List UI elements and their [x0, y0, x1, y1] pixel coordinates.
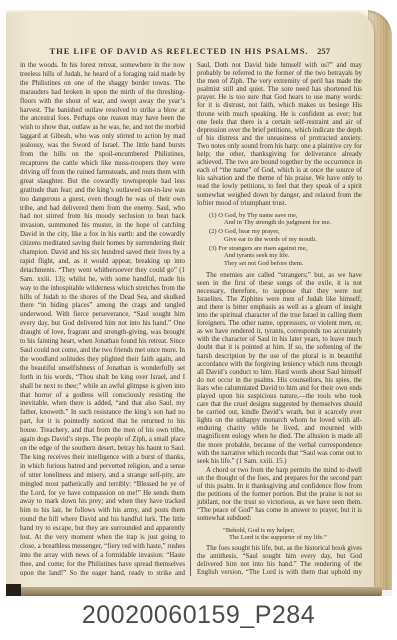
- psalm-verse: (1) O God, by Thy name save me, And in T…: [209, 212, 362, 227]
- verse-line: For strangers are risen against me,: [218, 245, 307, 252]
- verse-line: O God, hear my prayer,: [218, 228, 279, 235]
- right-column: Saul, Doth not David hide himself with u…: [191, 62, 362, 576]
- right-paragraph-foes: The foes sought his life, but, as the hi…: [197, 545, 362, 576]
- quote-line: “Behold, God is my helper;: [223, 527, 362, 535]
- archive-reference-label: 20020060159_P284: [0, 601, 397, 630]
- screenshot-root: { "colors": { "page_paper": "#ece4d0", "…: [0, 0, 397, 640]
- book-bottom-page-edges: [18, 587, 382, 596]
- right-paragraph-continued: Saul, Doth not David hide himself with u…: [197, 62, 362, 208]
- verse-number: (2): [209, 228, 217, 235]
- left-paragraph-continued: in the woods. In his forest retreat, som…: [20, 62, 185, 576]
- verse-line: Give ear to the words of my mouth.: [209, 236, 362, 244]
- text-columns: in the woods. In his forest retreat, som…: [20, 62, 362, 576]
- book-cover-corner: [6, 584, 21, 596]
- verse-number: (1): [209, 212, 217, 219]
- verse-line: And in Thy strength do judgment for me.: [209, 219, 362, 227]
- right-paragraph-chord: A chord or two from the harp permits the…: [197, 467, 362, 524]
- psalm-verse-block: (1) O God, by Thy name save me, And in T…: [209, 212, 362, 268]
- running-title: THE LIFE OF DAVID AS REFLECTED IN HIS PS…: [6, 46, 352, 56]
- verse-line: O God, by Thy name save me,: [218, 212, 297, 219]
- book-page-scan: THE LIFE OF DAVID AS REFLECTED IN HIS PS…: [6, 10, 392, 596]
- page-number: 257: [317, 46, 330, 56]
- right-paragraph-enemies: The enemies are called “strangers;” but,…: [197, 272, 362, 466]
- psalm-verse: (3) For strangers are risen against me, …: [209, 245, 362, 268]
- quote-line: The Lord is the supporter of my life.”: [223, 534, 362, 542]
- verse-line: They set not God before them.: [209, 260, 362, 268]
- verse-line: And tyrants seek my life.: [209, 252, 362, 260]
- verse-number: (3): [209, 245, 217, 252]
- page-paper: THE LIFE OF DAVID AS REFLECTED IN HIS PS…: [6, 13, 374, 587]
- quotation-block: “Behold, God is my helper; The Lord is t…: [223, 527, 362, 542]
- left-column: in the woods. In his forest retreat, som…: [20, 62, 190, 576]
- page-header: THE LIFE OF DAVID AS REFLECTED IN HIS PS…: [6, 46, 352, 58]
- psalm-verse: (2) O God, hear my prayer, Give ear to t…: [209, 228, 362, 243]
